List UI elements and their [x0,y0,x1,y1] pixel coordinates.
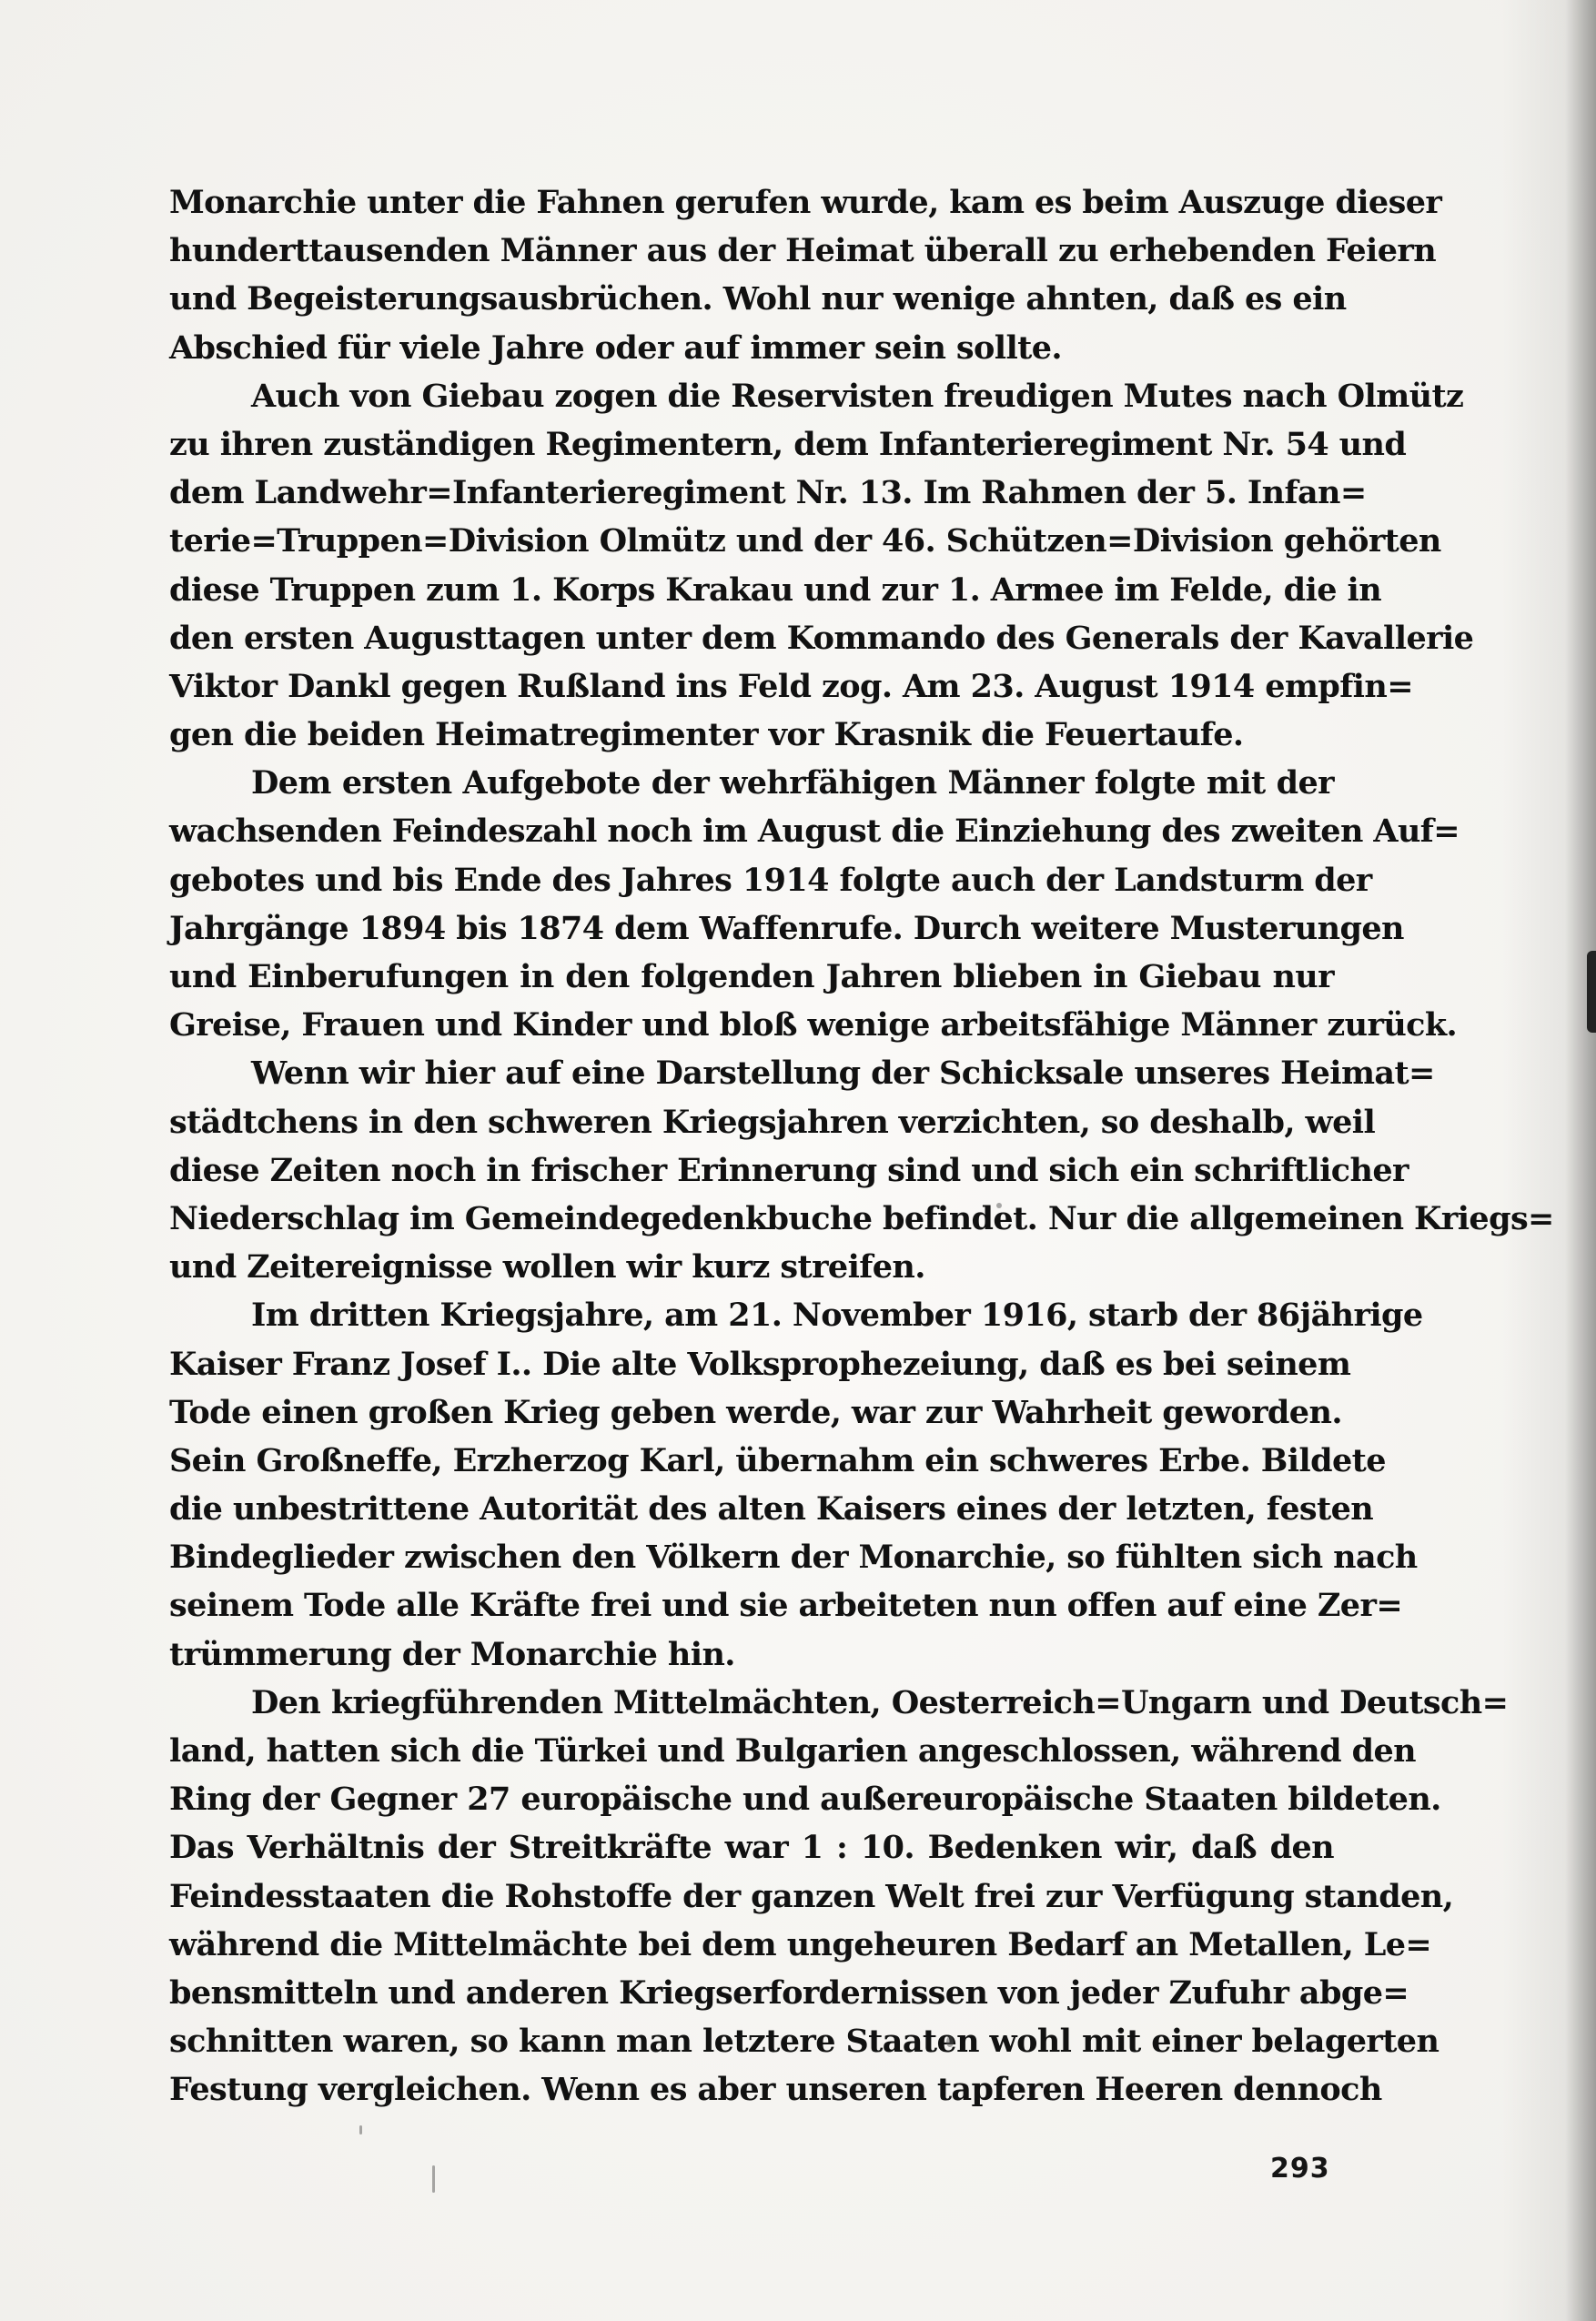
text-line: den ersten Augusttagen unter dem Kommand… [169,614,1334,662]
text-line: gen die beiden Heimatregimenter vor Kras… [169,711,1334,759]
scan-speck [946,2036,954,2047]
text-line: terie=Truppen=Division Olmütz und der 46… [169,517,1334,565]
text-line: diese Truppen zum 1. Korps Krakau und zu… [169,566,1334,614]
page-edge-shadow [1587,951,1596,1033]
text-line: Den kriegführenden Mittelmächten, Oester… [169,1679,1334,1727]
scan-speck [432,2165,435,2193]
text-line: die unbestrittene Autorität des alten Ka… [169,1485,1334,1533]
text-line: Kaiser Franz Josef I.. Die alte Volkspro… [169,1340,1334,1388]
text-line: Niederschlag im Gemeindegedenkbuche befi… [169,1195,1334,1243]
text-line: und Zeitereignisse wollen wir kurz strei… [169,1243,1334,1291]
paragraph: Den kriegführenden Mittelmächten, Oester… [169,1679,1334,2114]
text-line: diese Zeiten noch in frischer Erinnerung… [169,1146,1334,1195]
text-line: Feindesstaaten die Rohstoffe der ganzen … [169,1872,1334,1921]
text-line: trümmerung der Monarchie hin. [169,1630,1334,1679]
text-line: Im dritten Kriegsjahre, am 21. November … [169,1291,1334,1339]
text-line: Monarchie unter die Fahnen gerufen wurde… [169,178,1334,227]
text-line: Ring der Gegner 27 europäische und außer… [169,1775,1334,1823]
paragraph: Dem ersten Aufgebote der wehrfähigen Män… [169,759,1334,1049]
text-line: und Einberufungen in den folgenden Jahre… [169,953,1334,1001]
text-line: Auch von Giebau zogen die Reservisten fr… [169,372,1334,420]
scanned-book-page: Monarchie unter die Fahnen gerufen wurde… [0,0,1596,2321]
body-text: Monarchie unter die Fahnen gerufen wurde… [169,178,1334,2114]
text-line: Das Verhältnis der Streitkräfte war 1 : … [169,1823,1334,1872]
paragraph: Auch von Giebau zogen die Reservisten fr… [169,372,1334,760]
paragraph: Monarchie unter die Fahnen gerufen wurde… [169,178,1334,372]
text-line: Festung vergleichen. Wenn es aber unsere… [169,2065,1334,2114]
text-line: Jahrgänge 1894 bis 1874 dem Waffenrufe. … [169,904,1334,953]
text-line: und Begeisterungsausbrüchen. Wohl nur we… [169,275,1334,323]
scan-speck [996,1203,1002,1208]
paragraph: Wenn wir hier auf eine Darstellung der S… [169,1049,1334,1291]
text-line: Bindeglieder zwischen den Völkern der Mo… [169,1533,1334,1581]
text-line: Dem ersten Aufgebote der wehrfähigen Män… [169,759,1334,807]
text-line: städtchens in den schweren Kriegsjahren … [169,1098,1334,1146]
text-line: land, hatten sich die Türkei und Bulgari… [169,1727,1334,1775]
text-line: Tode einen großen Krieg geben werde, war… [169,1388,1334,1437]
text-line: seinem Tode alle Kräfte frei und sie arb… [169,1581,1334,1630]
text-line: bensmitteln und anderen Kriegserforderni… [169,1969,1334,2017]
text-line: Wenn wir hier auf eine Darstellung der S… [169,1049,1334,1097]
paragraph: Im dritten Kriegsjahre, am 21. November … [169,1291,1334,1679]
text-line: Greise, Frauen und Kinder und bloß wenig… [169,1001,1334,1049]
text-line: schnitten waren, so kann man letztere St… [169,2017,1334,2065]
text-line: Sein Großneffe, Erzherzog Karl, übernahm… [169,1437,1334,1485]
text-line: gebotes und bis Ende des Jahres 1914 fol… [169,856,1334,904]
page-number: 293 [1270,2153,1330,2185]
text-line: dem Landwehr=Infanterieregiment Nr. 13. … [169,469,1334,517]
text-line: hunderttausenden Männer aus der Heimat ü… [169,227,1334,275]
text-line: zu ihren zuständigen Regimentern, dem In… [169,420,1334,469]
text-line: wachsenden Feindeszahl noch im August di… [169,807,1334,855]
text-line: Abschied für viele Jahre oder auf immer … [169,324,1334,372]
text-line: Viktor Dankl gegen Rußland ins Feld zog.… [169,662,1334,711]
scan-speck [359,2125,362,2134]
text-line: während die Mittelmächte bei dem ungeheu… [169,1921,1334,1969]
